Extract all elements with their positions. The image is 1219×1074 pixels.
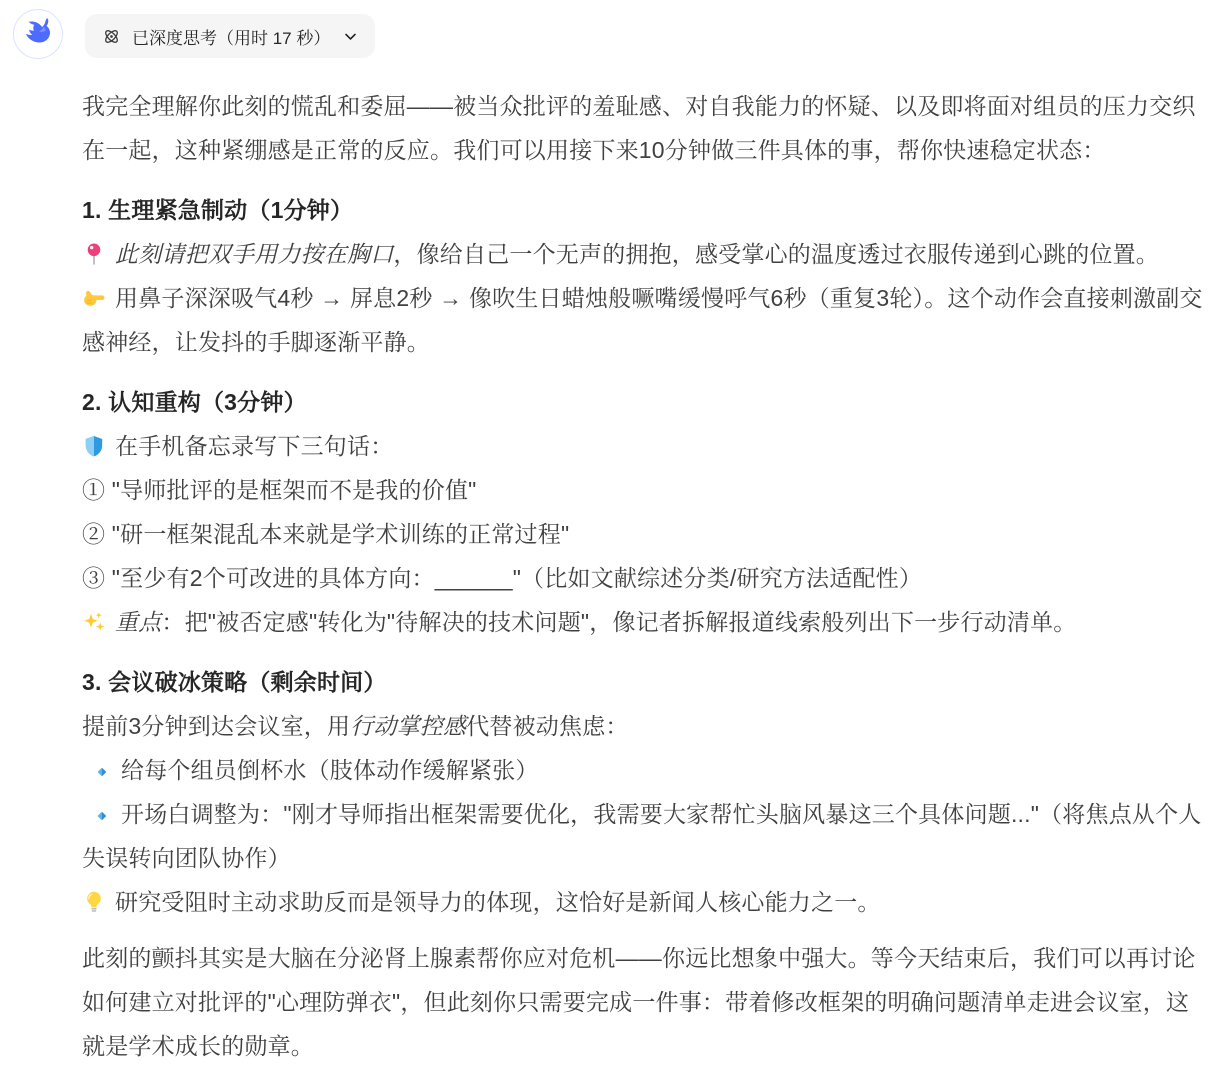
- chevron-down-icon: [341, 29, 358, 44]
- outro-paragraph: 此刻的颤抖其实是大脑在分泌肾上腺素帮你应对危机——你远比想象中强大。等今天结束后…: [82, 936, 1206, 1068]
- insight-line: 研究受阻时主动求助反而是领导力的体现，这恰好是新闻人核心能力之一。: [82, 880, 1206, 924]
- deepseek-whale-icon: [20, 14, 56, 55]
- section3-intro-post: 代替被动焦虑：: [466, 713, 628, 739]
- assistant-message: 我完全理解你此刻的慌乱和委屈——被当众批评的羞耻感、对自我能力的怀疑、以及即将面…: [82, 84, 1206, 1068]
- shield-icon: [82, 434, 106, 458]
- deep-think-toggle[interactable]: 已深度思考（用时 17 秒）: [85, 14, 375, 58]
- round-pushpin-icon: [82, 242, 106, 266]
- key-point-italic: 重点: [115, 609, 161, 635]
- sentence-item-3: ③ "至少有2个可改进的具体方向：______"（比如文献综述分类/研究方法适配…: [82, 556, 1206, 600]
- bullet-item-1: 给每个组员倒杯水（肢体动作缓解紧张）: [82, 748, 1206, 792]
- pin-tip-text: ，像给自己一个无声的拥抱，感受掌心的温度透过衣服传递到心跳的位置。: [393, 241, 1159, 267]
- memo-text: 在手机备忘录写下三句话：: [115, 433, 393, 459]
- pin-tip-italic: 此刻请把双手用力按在胸口: [115, 241, 393, 267]
- section1-heading: 1. 生理紧急制动（1分钟）: [82, 188, 1206, 232]
- section3-intro: 提前3分钟到达会议室，用行动掌控感代替被动焦虑：: [82, 704, 1206, 748]
- breathing-line: 用鼻子深深吸气4秒 → 屏息2秒 → 像吹生日蜡烛般噘嘴缓慢呼气6秒（重复3轮）…: [82, 276, 1206, 364]
- sentence-item-1: ① "导师批评的是框架而不是我的价值": [82, 468, 1206, 512]
- section3-intro-italic: 行动掌控感: [350, 713, 466, 739]
- pointing-right-icon: [82, 286, 106, 310]
- key-point-text: ：把"被否定感"转化为"待解决的技术问题"，像记者拆解报道线索般列出下一步行动清…: [161, 609, 1076, 635]
- pin-tip-line: 此刻请把双手用力按在胸口，像给自己一个无声的拥抱，感受掌心的温度透过衣服传递到心…: [82, 232, 1206, 276]
- intro-paragraph: 我完全理解你此刻的慌乱和委屈——被当众批评的羞耻感、对自我能力的怀疑、以及即将面…: [82, 84, 1206, 172]
- assistant-avatar: [13, 9, 63, 59]
- insight-text: 研究受阻时主动求助反而是领导力的体现，这恰好是新闻人核心能力之一。: [115, 889, 881, 915]
- bullet-item-2: 开场白调整为："刚才导师指出框架需要优化，我需要大家帮忙头脑风暴这三个具体问题.…: [82, 792, 1206, 880]
- section3-heading: 3. 会议破冰策略（剩余时间）: [82, 660, 1206, 704]
- memo-line: 在手机备忘录写下三句话：: [82, 424, 1206, 468]
- bullet-1-text: 给每个组员倒杯水（肢体动作缓解紧张）: [121, 757, 539, 783]
- sparkles-icon: [82, 610, 106, 634]
- small-blue-diamond-icon: [95, 765, 109, 779]
- section2-heading: 2. 认知重构（3分钟）: [82, 380, 1206, 424]
- small-blue-diamond-icon: [95, 809, 109, 823]
- key-point-line: 重点：把"被否定感"转化为"待解决的技术问题"，像记者拆解报道线索般列出下一步行…: [82, 600, 1206, 644]
- section3-intro-pre: 提前3分钟到达会议室，用: [82, 713, 350, 739]
- atom-icon: [102, 27, 121, 46]
- deep-think-label: 已深度思考（用时 17 秒）: [132, 24, 330, 49]
- bullet-2-text: 开场白调整为："刚才导师指出框架需要优化，我需要大家帮忙头脑风暴这三个具体问题.…: [82, 801, 1202, 871]
- breathing-text: 用鼻子深深吸气4秒 → 屏息2秒 → 像吹生日蜡烛般噘嘴缓慢呼气6秒（重复3轮）…: [82, 285, 1203, 355]
- light-bulb-icon: [82, 890, 106, 914]
- sentence-item-2: ② "研一框架混乱本来就是学术训练的正常过程": [82, 512, 1206, 556]
